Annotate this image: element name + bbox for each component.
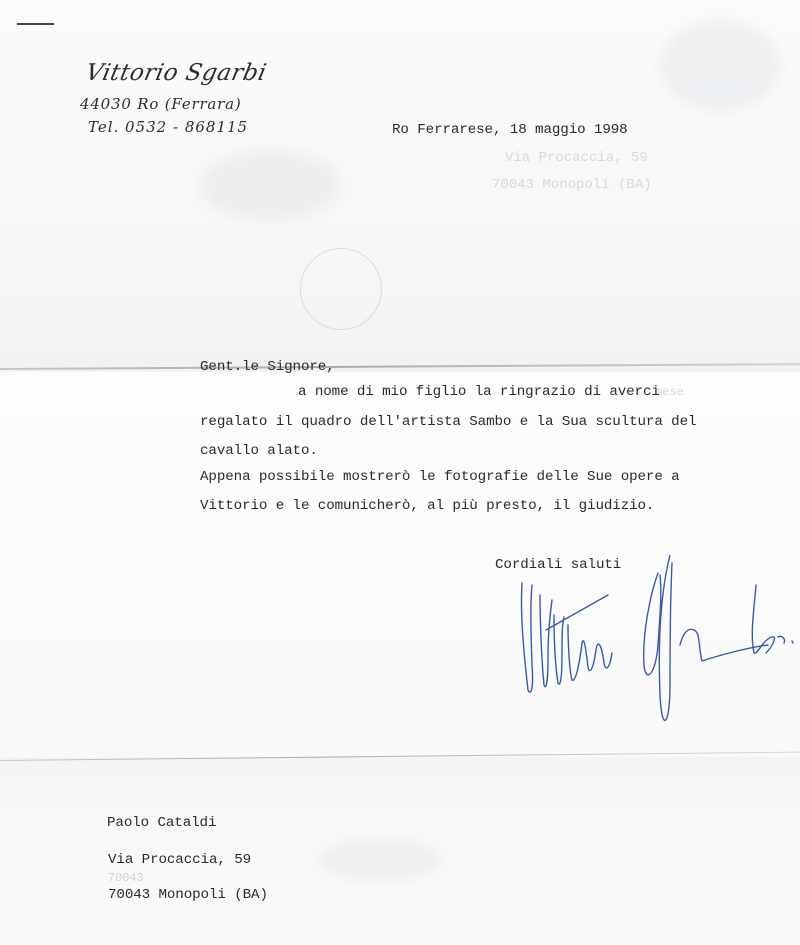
handwritten-signature [510, 555, 800, 745]
letterhead-name: Vittorio Sgarbi [84, 62, 269, 85]
body-line: a nome di mio figlio la ringrazio di ave… [298, 384, 660, 400]
place-date: Ro Ferrarese, 18 maggio 1998 [392, 122, 628, 138]
salutation: Gent.le Signore, [200, 359, 335, 375]
postmark-show-through [300, 248, 382, 330]
body-line: Appena possibile mostrerò le fotografie … [200, 469, 680, 485]
show-through-text: Via Procaccia, 59 [505, 150, 648, 166]
recipient-city: 70043 Monopoli (BA) [108, 887, 268, 903]
show-through-smudge [660, 20, 780, 110]
body-line: Vittorio e le comunicherò, al più presto… [200, 498, 654, 514]
show-through-text: 70043 Monopoli (BA) [492, 177, 652, 193]
letterhead-phone: Tel. 0532 - 868115 [88, 120, 266, 135]
show-through-text: 70043 [108, 871, 144, 885]
letterhead: Vittorio Sgarbi 44030 Ro (Ferrara) Tel. … [80, 62, 266, 135]
letter-page: Via Procaccia, 59 70043 Monopoli (BA) me… [0, 0, 800, 945]
recipient-street: Via Procaccia, 59 [108, 852, 251, 868]
show-through-smudge [200, 150, 340, 220]
show-through-smudge [320, 840, 440, 880]
letterhead-address: 44030 Ro (Ferrara) [80, 97, 266, 112]
fold-mark [17, 23, 54, 25]
recipient-name: Paolo Cataldi [107, 815, 216, 831]
body-line: regalato il quadro dell'artista Sambo e … [200, 414, 696, 430]
body-line: cavallo alato. [200, 443, 318, 459]
